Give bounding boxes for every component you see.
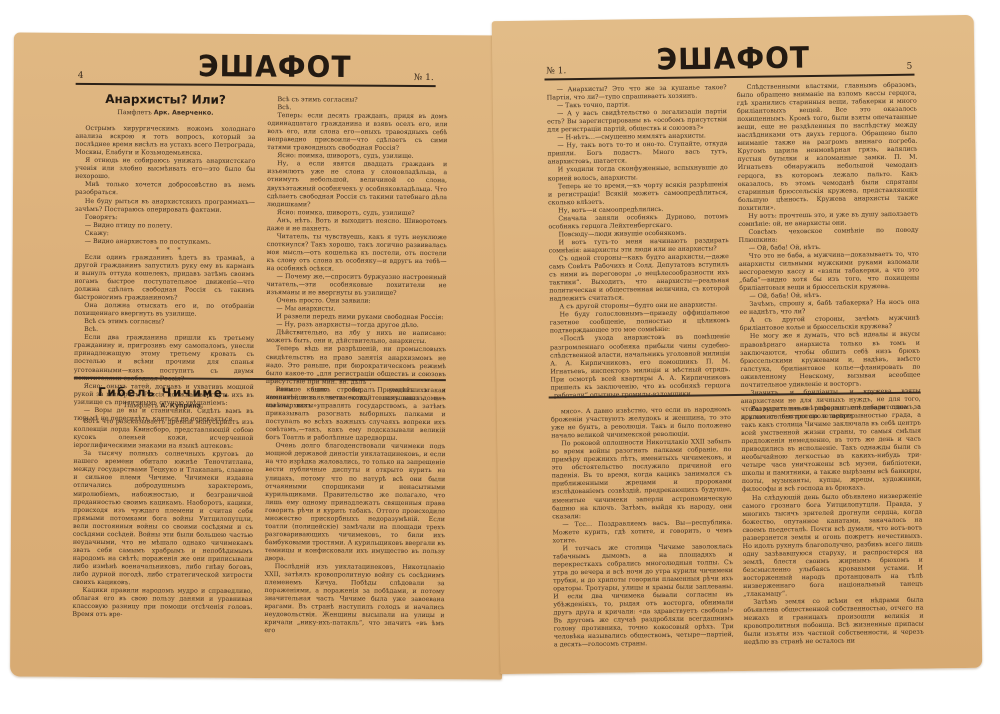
paragraph: Мнѣ только хочется добросовѣстно въ немъ…	[75, 181, 255, 198]
paragraph: Очень долго благоденствовали чичимеки по…	[265, 442, 446, 564]
masthead-left: 4 ЭШАФОТ № 1.	[14, 49, 506, 86]
author: А. Куприна.	[160, 402, 203, 409]
paragraph: Затѣмъ земля со всѣми ея нѣдрами была об…	[743, 597, 924, 648]
paragraphs: — Анархисты? Это что же за кушанье такое…	[547, 84, 731, 400]
article-anarchists-col2: Всѣ съ этимъ согласны?Всѣ.Теперь: если д…	[266, 96, 448, 411]
article-headline: Гибель Чичиме.	[74, 388, 254, 397]
paragraph: Она должна отыскать его и, по отобраніи …	[74, 302, 254, 319]
article-chichime-cont-col1: мясо». А давно извѣстно, что если въ нар…	[551, 406, 734, 650]
article-chichime-col1: Гибель Чичиме. Памфлетъ А. Куприна. Вотъ…	[72, 388, 253, 620]
byline: Памфлетъ Арк. Аверченко.	[75, 109, 255, 118]
paragraphs: Всѣ съ этимъ согласны?Всѣ.Теперь: если д…	[266, 96, 448, 411]
paragraph: Всѣ съ этимъ согласны?	[268, 96, 448, 105]
paragraph: Вотъ что разсказываетъ древній манускрип…	[73, 418, 253, 451]
article-anarchists-cont-col2: Слѣдственными властями, главнымъ образом…	[737, 82, 921, 422]
left-page: 4 ЭШАФОТ № 1. Анархисты? Или? Памфлетъ А…	[10, 33, 506, 680]
paragraph: Разрушительныя реформы слѣдовали одна за…	[741, 404, 922, 495]
paragraph: Ну, а если явятся двадцать гражданъ и из…	[267, 160, 447, 209]
paragraph: Всѣ съ этимъ согласны?	[74, 318, 254, 327]
byline: Памфлетъ А. Куприна.	[74, 402, 254, 411]
paragraph: Кацики правили народомъ мудро и справедл…	[72, 587, 252, 620]
paragraph: Съ одной стороны—какъ будто анархисты,—д…	[549, 253, 730, 304]
paragraph: Острымъ хирургическимъ ножомъ холоднаго …	[75, 125, 255, 158]
paragraph: Теперь: если десять гражданъ, придя въ д…	[267, 112, 447, 153]
paragraphs: Слѣдственными властями, главнымъ образом…	[737, 82, 921, 422]
paragraph: По роковой оплошности Никотцлакіо XXII з…	[551, 438, 732, 521]
paragraph: Дѣйствительно, на лбу у нихъ не написано…	[266, 329, 446, 346]
article-chichime-col2: мени кацикъ собиралъ умнѣйшихъ и именитѣ…	[264, 386, 446, 637]
page-number: 5	[907, 62, 913, 72]
paragraph: Послѣдній изъ уиклатацинековъ, Никотцлак…	[264, 563, 444, 637]
author: Арк. Аверченко.	[154, 109, 214, 116]
paragraph: Если одинъ гражданинъ ѣдетъ въ трамваѣ, …	[74, 254, 254, 303]
paragraph: Слѣдственными властями, главнымъ образом…	[737, 82, 919, 213]
paragraph: Я отнюдь не собираюсь унижать анархистск…	[75, 157, 255, 182]
paragraph: мясо». А давно извѣстно, что если въ нар…	[551, 406, 731, 441]
article-anarchists-col1: Анархисты? Или? Памфлетъ Арк. Аверченко.…	[74, 95, 256, 424]
paragraph: Не буду рыться въ анархистскихъ программ…	[75, 197, 255, 214]
paragraph: Не могу же я думать, что всѣ идеалы и вк…	[740, 331, 921, 390]
paragraph: — Почему же,—спроситъ буржуазно настроен…	[266, 273, 446, 298]
paragraph: — Ну, такъ вотъ то-то и оно-то. Ступайте…	[547, 140, 727, 166]
paragraph: Теперь не то время,—къ чорту всякія разр…	[548, 181, 728, 207]
right-page: № 1. ЭШАФОТ 5 — Анархисты? Это что же за…	[492, 15, 983, 674]
paragraphs: мени кацикъ собиралъ умнѣйшихъ и именитѣ…	[264, 386, 446, 637]
article-headline: Анархисты? Или?	[76, 95, 256, 104]
paragraph: За тысячу полныхъ солнечныхъ круговъ до …	[73, 450, 254, 588]
paragraphs: Вотъ что разсказываетъ древній манускрип…	[72, 418, 253, 620]
paragraph: «Послѣ ухода анархистовъ въ помѣщеніе ра…	[550, 334, 731, 401]
paragraph: И тотчасъ же столица Чичиме заволоклась …	[553, 543, 734, 650]
paragraph: Анъ, нѣтъ. Вотъ и выходитъ неясно. Шивор…	[267, 217, 447, 234]
issue-number: № 1.	[414, 73, 434, 83]
paragraph: мени кацикъ собиралъ умнѣйшихъ и именитѣ…	[265, 386, 445, 443]
paragraph: — Видно анархистовъ по поступкамъ.	[75, 238, 255, 247]
paragraph: На слѣдующій день было объявлено низверж…	[742, 492, 923, 599]
paragraph: — А у васъ свидѣтельство о легализаціи п…	[547, 108, 727, 134]
paragraph: Что это не баба, а мужчина—доказываетъ т…	[739, 251, 920, 294]
paragraph: — Тсс… Поздравляемъ васъ. Вы—республика.…	[552, 519, 732, 545]
masthead-right: № 1. ЭШАФОТ 5	[492, 39, 974, 79]
paragraphs: мясо». А давно извѣстно, что если въ нар…	[551, 406, 734, 650]
article-anarchists-cont-col1: — Анархисты? Это что же за кушанье такое…	[547, 84, 731, 400]
paragraph: Читатель, ты чувствуешь, какъ я тутъ неу…	[267, 233, 447, 274]
paragraphs: Разрушительныя реформы слѣдовали одна за…	[741, 404, 924, 648]
article-chichime-cont-col2: Разрушительныя реформы слѣдовали одна за…	[741, 404, 924, 648]
paragraph: Не буду голословнымъ—приведу оффиціально…	[550, 309, 730, 335]
